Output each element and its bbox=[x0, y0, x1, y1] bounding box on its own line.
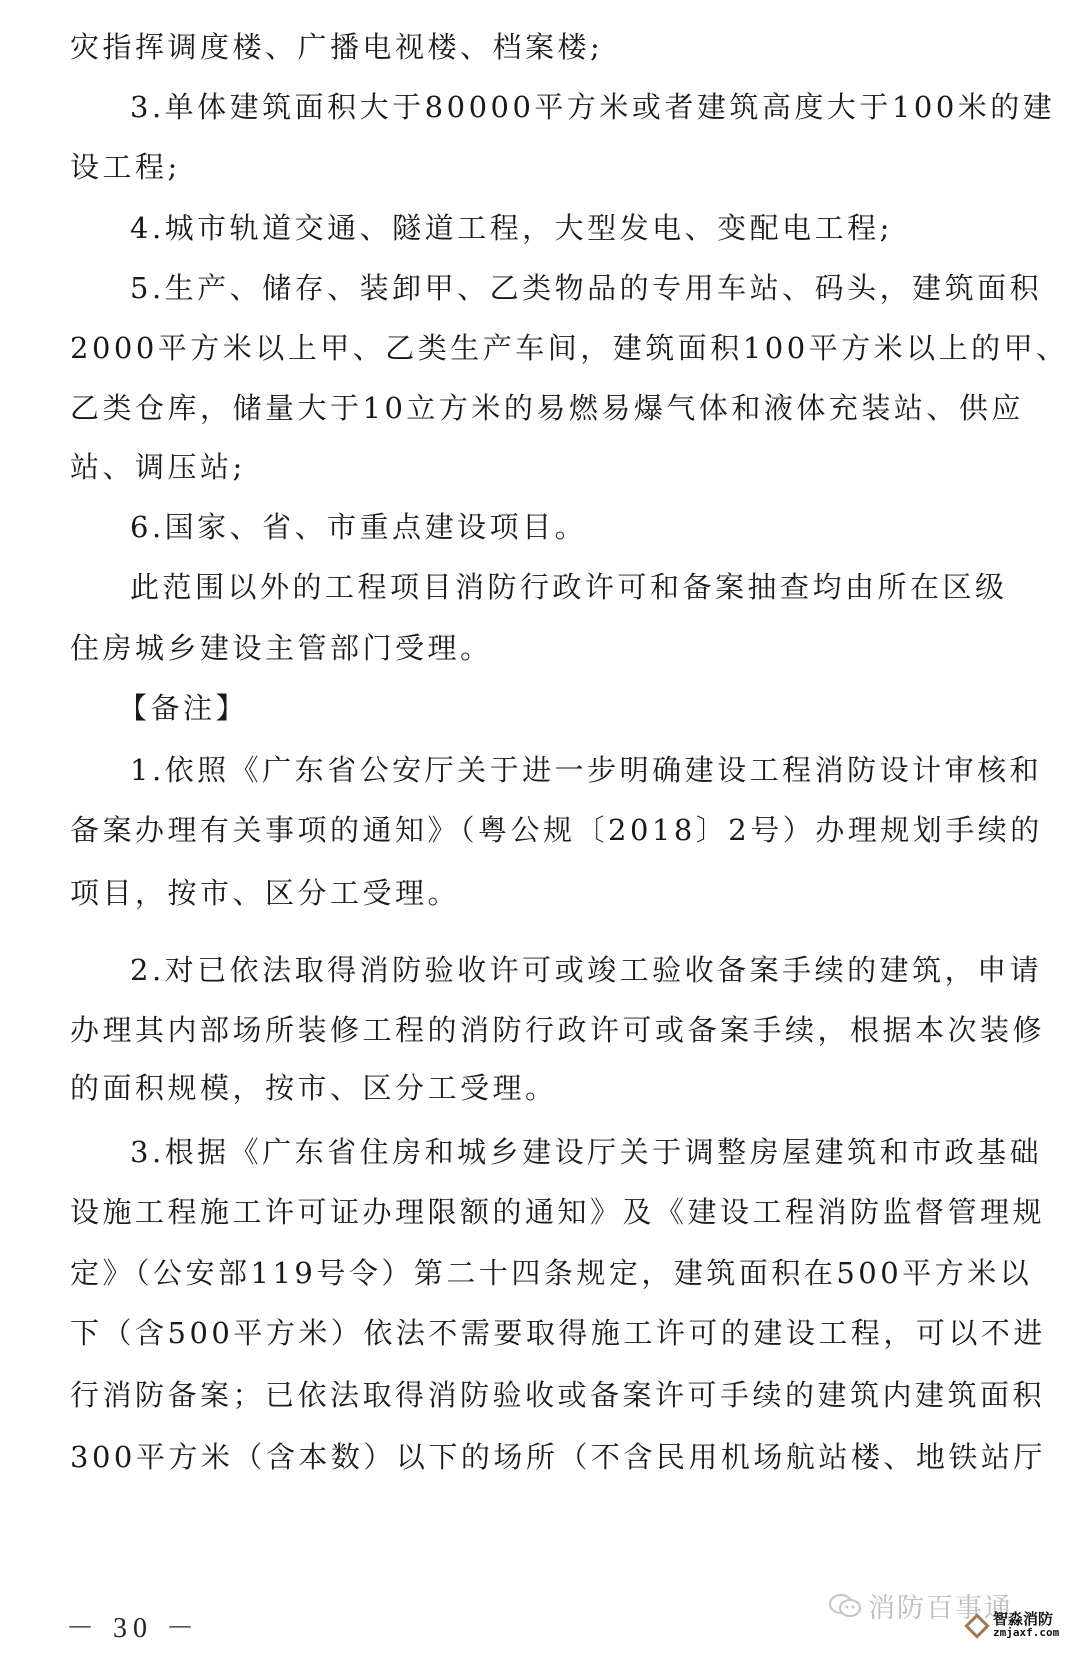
logo-name: 智淼消防 bbox=[993, 1612, 1059, 1626]
text-line: 站、调压站; bbox=[70, 447, 956, 487]
text-line: 2000平方米以上甲、乙类生产车间，建筑面积100平方米以上的甲、 bbox=[70, 328, 956, 368]
text-line: 设工程; bbox=[70, 147, 956, 187]
text-line: 的面积规模，按市、区分工受理。 bbox=[70, 1068, 956, 1108]
text-line: 备案办理有关事项的通知》（粤公规〔2018〕2号）办理规划手续的 bbox=[70, 810, 956, 850]
text-line: 定》（公安部119号令）第二十四条规定，建筑面积在500平方米以 bbox=[70, 1253, 956, 1293]
text-line: 2.对已依法取得消防验收许可或竣工验收备案手续的建筑，申请 bbox=[130, 950, 956, 990]
text-line: 灾指挥调度楼、广播电视楼、档案楼; bbox=[70, 27, 956, 67]
notes-heading: 【备注】 bbox=[118, 688, 944, 728]
text-line: 办理其内部场所装修工程的消防行政许可或备案手续，根据本次装修 bbox=[70, 1010, 956, 1050]
site-logo: 智淼消防 zmjaxf.com bbox=[968, 1612, 1059, 1640]
text-line: 住房城乡建设主管部门受理。 bbox=[70, 628, 956, 668]
text-line: 行消防备案；已依法取得消防验收或备案许可手续的建筑内建筑面积 bbox=[70, 1375, 956, 1415]
text-line: 此范围以外的工程项目消防行政许可和备案抽查均由所在区级 bbox=[130, 567, 956, 607]
text-line: 1.依照《广东省公安厅关于进一步明确建设工程消防设计审核和 bbox=[130, 750, 956, 790]
text-line: 3.根据《广东省住房和城乡建设厅关于调整房屋建筑和市政基础 bbox=[130, 1132, 956, 1172]
text-line: 300平方米（含本数）以下的场所（不含民用机场航站楼、地铁站厅 bbox=[70, 1437, 956, 1477]
text-line: 设施工程施工许可证办理限额的通知》及《建设工程消防监督管理规 bbox=[70, 1192, 956, 1232]
text-line: 项目，按市、区分工受理。 bbox=[70, 873, 956, 913]
wechat-icon bbox=[828, 1593, 862, 1619]
text-line: 6.国家、省、市重点建设项目。 bbox=[130, 507, 956, 547]
logo-url: zmjaxf.com bbox=[993, 1626, 1059, 1640]
logo-diamond-icon bbox=[964, 1613, 989, 1638]
text-line: 5.生产、储存、装卸甲、乙类物品的专用车站、码头，建筑面积 bbox=[130, 268, 956, 308]
text-line: 4.城市轨道交通、隧道工程，大型发电、变配电工程; bbox=[130, 208, 956, 248]
page-number: － 30 － bbox=[66, 1606, 200, 1646]
text-line: 3.单体建筑面积大于80000平方米或者建筑高度大于100米的建 bbox=[130, 87, 956, 127]
text-line: 下（含500平方米）依法不需要取得施工许可的建设工程，可以不进 bbox=[70, 1313, 956, 1353]
text-line: 乙类仓库，储量大于10立方米的易燃易爆气体和液体充装站、供应 bbox=[70, 388, 956, 428]
